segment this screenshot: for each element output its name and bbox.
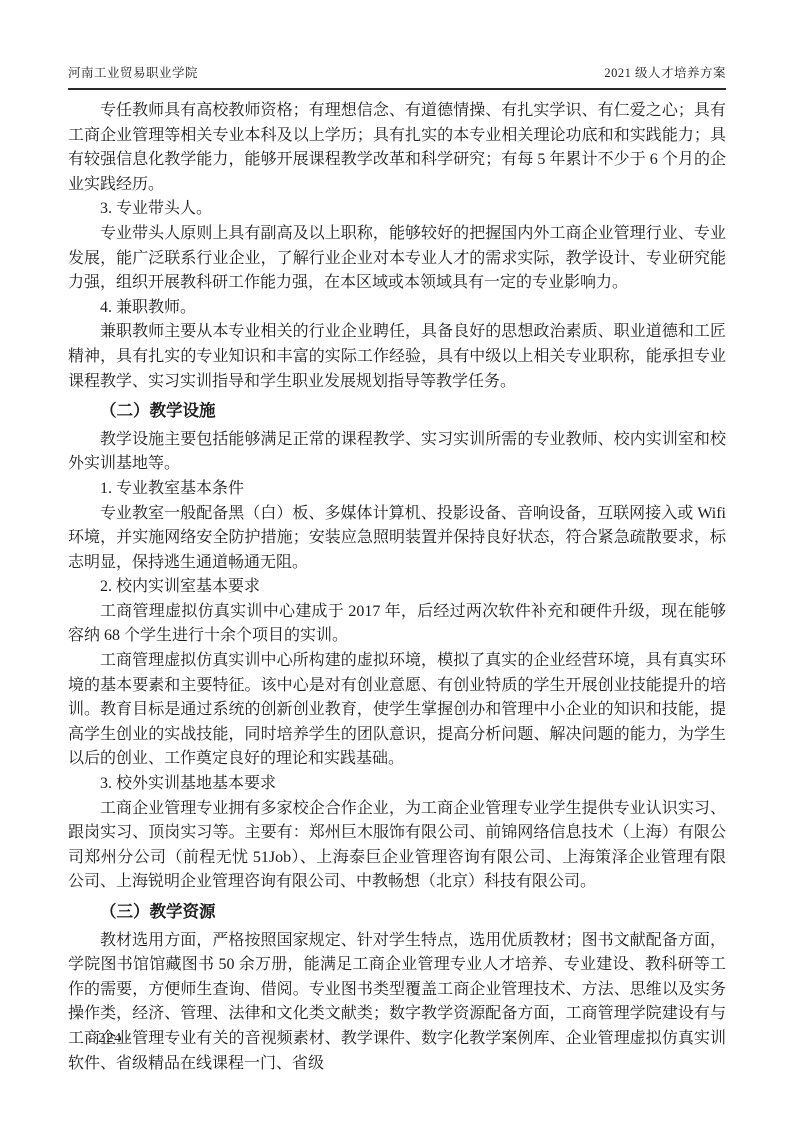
paragraph: 专任教师具有高校教师资格；有理想信念、有道德情操、有扎实学识、有仁爱之心；具有工… — [68, 99, 726, 197]
numbered-item: 3. 专业带头人。 — [68, 197, 726, 222]
page-number: - 224 - — [88, 1031, 132, 1046]
document-page: 河南工业贸易职业学院 2021 级人才培养方案 专任教师具有高校教师资格；有理想… — [0, 0, 793, 1122]
page-footer: - 224 - — [88, 1031, 132, 1047]
paragraph: 专业带头人原则上具有副高及以上职称，能够较好的把握国内外工商企业管理行业、专业发… — [68, 222, 726, 296]
header-school-name: 河南工业贸易职业学院 — [68, 63, 198, 81]
paragraph: 专业教室一般配备黑（白）板、多媒体计算机、投影设备、音响设备，互联网接入或 Wi… — [68, 502, 726, 576]
numbered-item: 1. 专业教室基本条件 — [68, 477, 726, 502]
paragraph: 工商管理虚拟仿真实训中心建成于 2017 年，后经过两次软件补充和硬件升级，现在… — [68, 600, 726, 649]
numbered-item: 4. 兼职教师。 — [68, 296, 726, 321]
numbered-item: 3. 校外实训基地基本要求 — [68, 772, 726, 797]
header-document-title: 2021 级人才培养方案 — [604, 63, 726, 81]
section-heading: （二）教学设施 — [68, 399, 726, 424]
paragraph: 教学设施主要包括能够满足正常的课程教学、实习实训所需的专业教师、校内实训室和校外… — [68, 428, 726, 477]
document-body: 专任教师具有高校教师资格；有理想信念、有道德情操、有扎实学识、有仁爱之心；具有工… — [68, 99, 726, 1076]
page-header: 河南工业贸易职业学院 2021 级人才培养方案 — [68, 63, 726, 90]
numbered-item: 2. 校内实训室基本要求 — [68, 575, 726, 600]
paragraph: 教材选用方面，严格按照国家规定、针对学生特点，选用优质教材；图书文献配备方面，学… — [68, 929, 726, 1077]
paragraph: 工商管理虚拟仿真实训中心所构建的虚拟环境，模拟了真实的企业经营环境，具有真实环境… — [68, 649, 726, 772]
paragraph: 工商企业管理专业拥有多家校企合作企业，为工商企业管理专业学生提供专业认识实习、跟… — [68, 797, 726, 895]
paragraph: 兼职教师主要从本专业相关的行业企业聘任，具备良好的思想政治素质、职业道德和工匠精… — [68, 320, 726, 394]
section-heading: （三）教学资源 — [68, 900, 726, 925]
